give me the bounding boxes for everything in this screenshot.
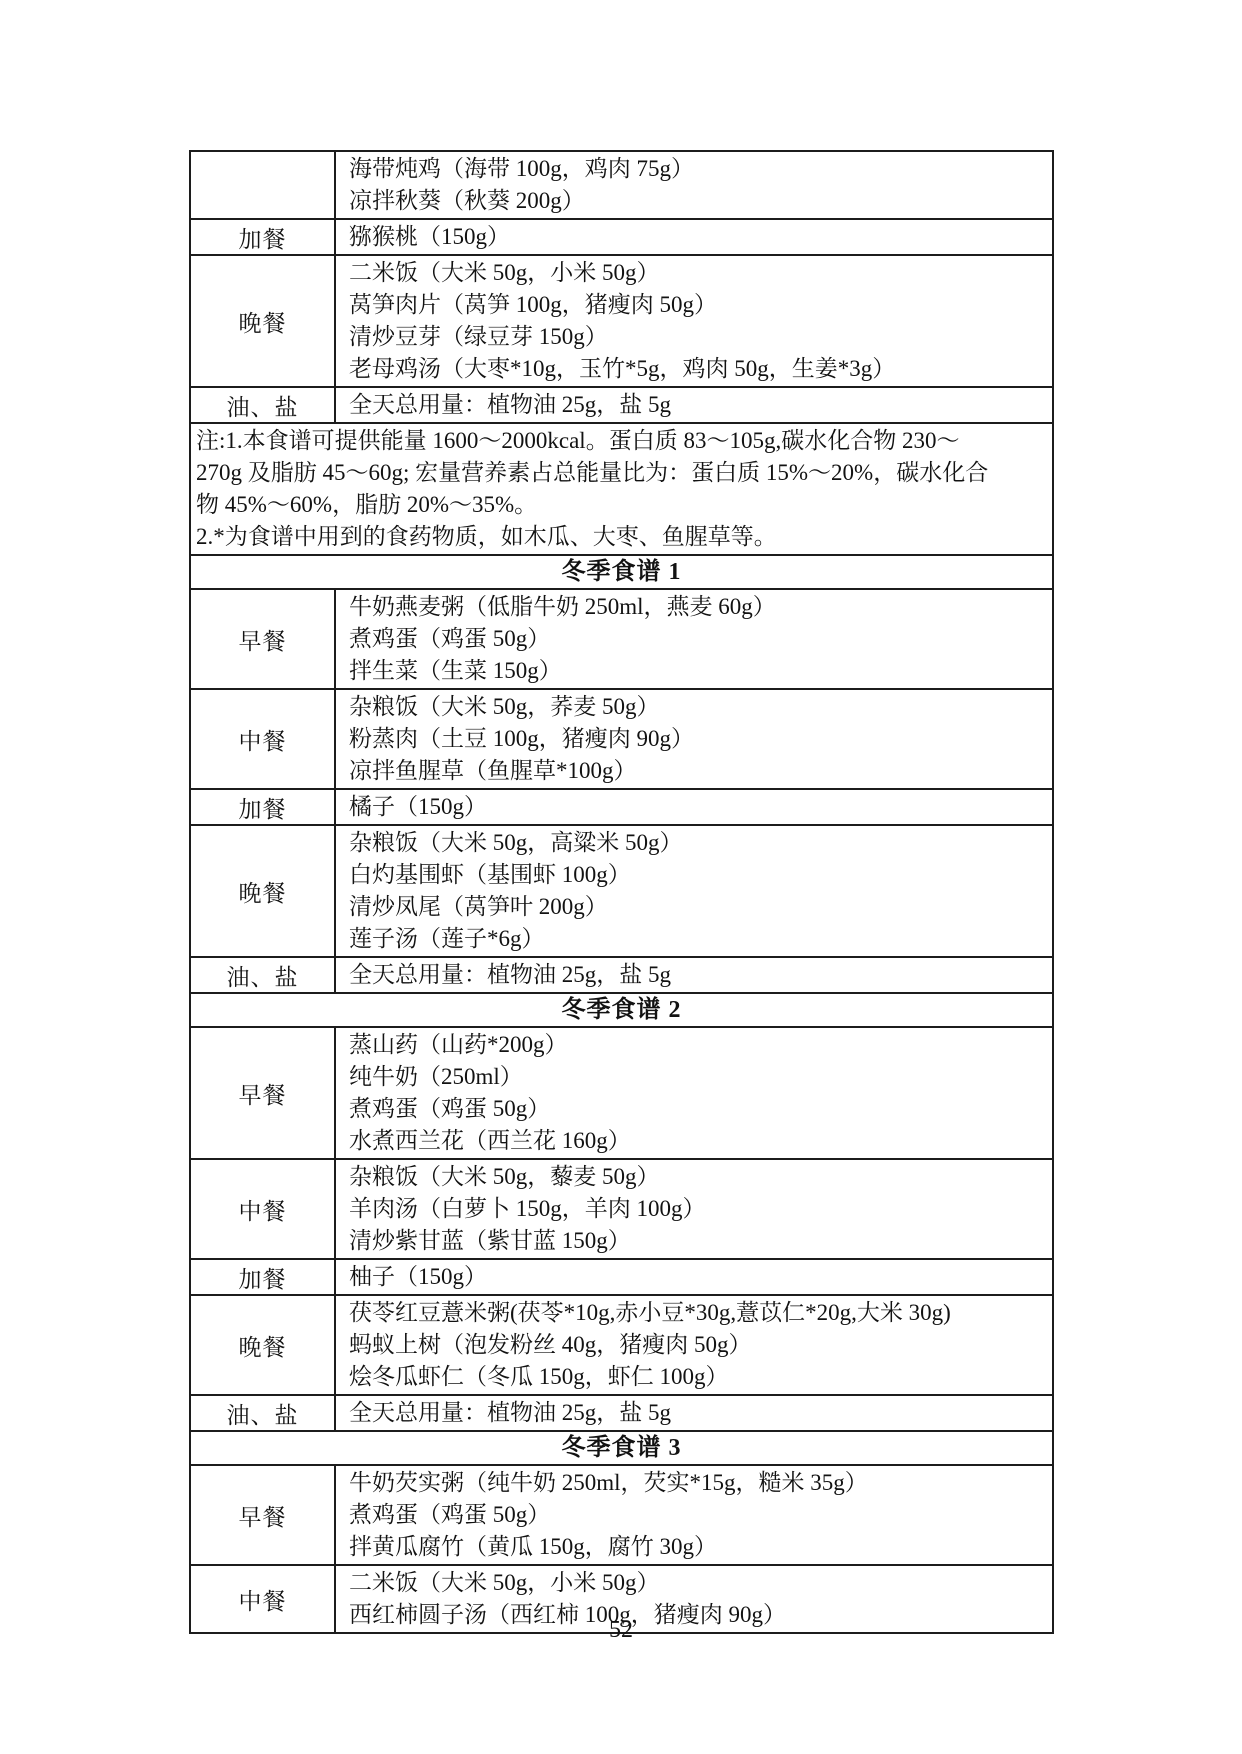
meal-content: 杂粮饭（大米 50g，藜麦 50g）羊肉汤（白萝卜 150g，羊肉 100g）清…	[336, 1160, 1052, 1258]
meal-content: 全天总用量：植物油 25g，盐 5g	[336, 1396, 1052, 1430]
note-line: 注:1.本食谱可提供能量 1600～2000kcal。蛋白质 83～105g,碳…	[196, 425, 1046, 457]
table-row: 油、盐全天总用量：植物油 25g，盐 5g	[191, 386, 1052, 422]
meal-content: 蒸山药（山药*200g）纯牛奶（250ml）煮鸡蛋（鸡蛋 50g）水煮西兰花（西…	[336, 1028, 1052, 1158]
dish-line: 莲子汤（莲子*6g）	[349, 923, 1046, 955]
table-row: 加餐猕猴桃（150g）	[191, 218, 1052, 254]
meal-label: 晚餐	[191, 826, 336, 956]
dish-line: 拌黄瓜腐竹（黄瓜 150g，腐竹 30g）	[349, 1531, 1046, 1563]
meal-label	[191, 152, 336, 218]
dish-line: 白灼基围虾（基围虾 100g）	[349, 859, 1046, 891]
meal-label: 加餐	[191, 220, 336, 254]
dish-line: 全天总用量：植物油 25g，盐 5g	[349, 959, 1046, 991]
table-row: 海带炖鸡（海带 100g，鸡肉 75g）凉拌秋葵（秋葵 200g）	[191, 152, 1052, 218]
dish-line: 杂粮饭（大米 50g，荞麦 50g）	[349, 691, 1046, 723]
dish-line: 柚子（150g）	[349, 1261, 1046, 1293]
meal-label: 油、盐	[191, 1396, 336, 1430]
dish-line: 凉拌秋葵（秋葵 200g）	[349, 185, 1046, 217]
table-row: 加餐柚子（150g）	[191, 1258, 1052, 1294]
meal-label: 中餐	[191, 1160, 336, 1258]
menu-table: 海带炖鸡（海带 100g，鸡肉 75g）凉拌秋葵（秋葵 200g）加餐猕猴桃（1…	[189, 150, 1054, 1634]
dish-line: 二米饭（大米 50g，小米 50g）	[349, 257, 1046, 289]
dish-line: 蒸山药（山药*200g）	[349, 1029, 1046, 1061]
meal-label: 晚餐	[191, 1296, 336, 1394]
document-page: 海带炖鸡（海带 100g，鸡肉 75g）凉拌秋葵（秋葵 200g）加餐猕猴桃（1…	[0, 0, 1242, 1754]
dish-line: 牛奶燕麦粥（低脂牛奶 250ml，燕麦 60g）	[349, 591, 1046, 623]
meal-label: 油、盐	[191, 958, 336, 992]
table-row: 冬季食谱 3	[191, 1430, 1052, 1464]
meal-label: 晚餐	[191, 256, 336, 386]
dish-line: 煮鸡蛋（鸡蛋 50g）	[349, 1499, 1046, 1531]
dish-line: 二米饭（大米 50g，小米 50g）	[349, 1567, 1046, 1599]
page-number: 52	[0, 1614, 1242, 1646]
meal-content: 全天总用量：植物油 25g，盐 5g	[336, 958, 1052, 992]
meal-content: 全天总用量：植物油 25g，盐 5g	[336, 388, 1052, 422]
meal-content: 二米饭（大米 50g，小米 50g）莴笋肉片（莴笋 100g，猪瘦肉 50g）清…	[336, 256, 1052, 386]
dish-line: 羊肉汤（白萝卜 150g，羊肉 100g）	[349, 1193, 1046, 1225]
dish-line: 煮鸡蛋（鸡蛋 50g）	[349, 1093, 1046, 1125]
meal-label: 早餐	[191, 1466, 336, 1564]
dish-line: 清炒紫甘蓝（紫甘蓝 150g）	[349, 1225, 1046, 1257]
note-line: 2.*为食谱中用到的食药物质，如木瓜、大枣、鱼腥草等。	[196, 521, 1046, 553]
table-row: 晚餐茯苓红豆薏米粥(茯苓*10g,赤小豆*30g,薏苡仁*20g,大米 30g)…	[191, 1294, 1052, 1394]
section-header: 冬季食谱 2	[191, 994, 1052, 1026]
note-line: 270g 及脂肪 45～60g; 宏量营养素占总能量比为：蛋白质 15%～20%…	[196, 457, 1046, 489]
dish-line: 煮鸡蛋（鸡蛋 50g）	[349, 623, 1046, 655]
meal-content: 海带炖鸡（海带 100g，鸡肉 75g）凉拌秋葵（秋葵 200g）	[336, 152, 1052, 218]
dish-line: 蚂蚁上树（泡发粉丝 40g，猪瘦肉 50g）	[349, 1329, 1046, 1361]
dish-line: 牛奶芡实粥（纯牛奶 250ml，芡实*15g，糙米 35g）	[349, 1467, 1046, 1499]
dish-line: 清炒凤尾（莴笋叶 200g）	[349, 891, 1046, 923]
meal-content: 橘子（150g）	[336, 790, 1052, 824]
meal-label: 加餐	[191, 1260, 336, 1294]
dish-line: 茯苓红豆薏米粥(茯苓*10g,赤小豆*30g,薏苡仁*20g,大米 30g)	[349, 1297, 1046, 1329]
note-cell: 注:1.本食谱可提供能量 1600～2000kcal。蛋白质 83～105g,碳…	[191, 424, 1052, 554]
dish-line: 水煮西兰花（西兰花 160g）	[349, 1125, 1046, 1157]
table-row: 早餐牛奶芡实粥（纯牛奶 250ml，芡实*15g，糙米 35g）煮鸡蛋（鸡蛋 5…	[191, 1464, 1052, 1564]
dish-line: 全天总用量：植物油 25g，盐 5g	[349, 389, 1046, 421]
dish-line: 海带炖鸡（海带 100g，鸡肉 75g）	[349, 153, 1046, 185]
meal-content: 茯苓红豆薏米粥(茯苓*10g,赤小豆*30g,薏苡仁*20g,大米 30g)蚂蚁…	[336, 1296, 1052, 1394]
table-row: 中餐杂粮饭（大米 50g，荞麦 50g）粉蒸肉（土豆 100g，猪瘦肉 90g）…	[191, 688, 1052, 788]
meal-content: 杂粮饭（大米 50g，高粱米 50g）白灼基围虾（基围虾 100g）清炒凤尾（莴…	[336, 826, 1052, 956]
table-row: 油、盐全天总用量：植物油 25g，盐 5g	[191, 956, 1052, 992]
dish-line: 纯牛奶（250ml）	[349, 1061, 1046, 1093]
meal-content: 猕猴桃（150g）	[336, 220, 1052, 254]
table-row: 晚餐杂粮饭（大米 50g，高粱米 50g）白灼基围虾（基围虾 100g）清炒凤尾…	[191, 824, 1052, 956]
meal-content: 杂粮饭（大米 50g，荞麦 50g）粉蒸肉（土豆 100g，猪瘦肉 90g）凉拌…	[336, 690, 1052, 788]
meal-label: 早餐	[191, 590, 336, 688]
dish-line: 拌生菜（生菜 150g）	[349, 655, 1046, 687]
table-row: 冬季食谱 1	[191, 554, 1052, 588]
dish-line: 老母鸡汤（大枣*10g，玉竹*5g，鸡肉 50g，生姜*3g）	[349, 353, 1046, 385]
table-row: 冬季食谱 2	[191, 992, 1052, 1026]
dish-line: 橘子（150g）	[349, 791, 1046, 823]
meal-content: 牛奶燕麦粥（低脂牛奶 250ml，燕麦 60g）煮鸡蛋（鸡蛋 50g）拌生菜（生…	[336, 590, 1052, 688]
meal-label: 油、盐	[191, 388, 336, 422]
meal-label: 早餐	[191, 1028, 336, 1158]
table-row: 油、盐全天总用量：植物油 25g，盐 5g	[191, 1394, 1052, 1430]
meal-content: 柚子（150g）	[336, 1260, 1052, 1294]
dish-line: 清炒豆芽（绿豆芽 150g）	[349, 321, 1046, 353]
dish-line: 猕猴桃（150g）	[349, 221, 1046, 253]
dish-line: 凉拌鱼腥草（鱼腥草*100g）	[349, 755, 1046, 787]
section-header: 冬季食谱 3	[191, 1432, 1052, 1464]
table-row: 中餐杂粮饭（大米 50g，藜麦 50g）羊肉汤（白萝卜 150g，羊肉 100g…	[191, 1158, 1052, 1258]
table-row: 早餐蒸山药（山药*200g）纯牛奶（250ml）煮鸡蛋（鸡蛋 50g）水煮西兰花…	[191, 1026, 1052, 1158]
table-row: 加餐橘子（150g）	[191, 788, 1052, 824]
dish-line: 莴笋肉片（莴笋 100g，猪瘦肉 50g）	[349, 289, 1046, 321]
note-line: 物 45%～60%，脂肪 20%～35%。	[196, 489, 1046, 521]
table-row: 注:1.本食谱可提供能量 1600～2000kcal。蛋白质 83～105g,碳…	[191, 422, 1052, 554]
table-row: 早餐牛奶燕麦粥（低脂牛奶 250ml，燕麦 60g）煮鸡蛋（鸡蛋 50g）拌生菜…	[191, 588, 1052, 688]
meal-label: 加餐	[191, 790, 336, 824]
section-header: 冬季食谱 1	[191, 556, 1052, 588]
meal-content: 牛奶芡实粥（纯牛奶 250ml，芡实*15g，糙米 35g）煮鸡蛋（鸡蛋 50g…	[336, 1466, 1052, 1564]
dish-line: 杂粮饭（大米 50g，高粱米 50g）	[349, 827, 1046, 859]
dish-line: 烩冬瓜虾仁（冬瓜 150g，虾仁 100g）	[349, 1361, 1046, 1393]
table-row: 晚餐二米饭（大米 50g，小米 50g）莴笋肉片（莴笋 100g，猪瘦肉 50g…	[191, 254, 1052, 386]
dish-line: 杂粮饭（大米 50g，藜麦 50g）	[349, 1161, 1046, 1193]
meal-label: 中餐	[191, 690, 336, 788]
dish-line: 粉蒸肉（土豆 100g，猪瘦肉 90g）	[349, 723, 1046, 755]
dish-line: 全天总用量：植物油 25g，盐 5g	[349, 1397, 1046, 1429]
